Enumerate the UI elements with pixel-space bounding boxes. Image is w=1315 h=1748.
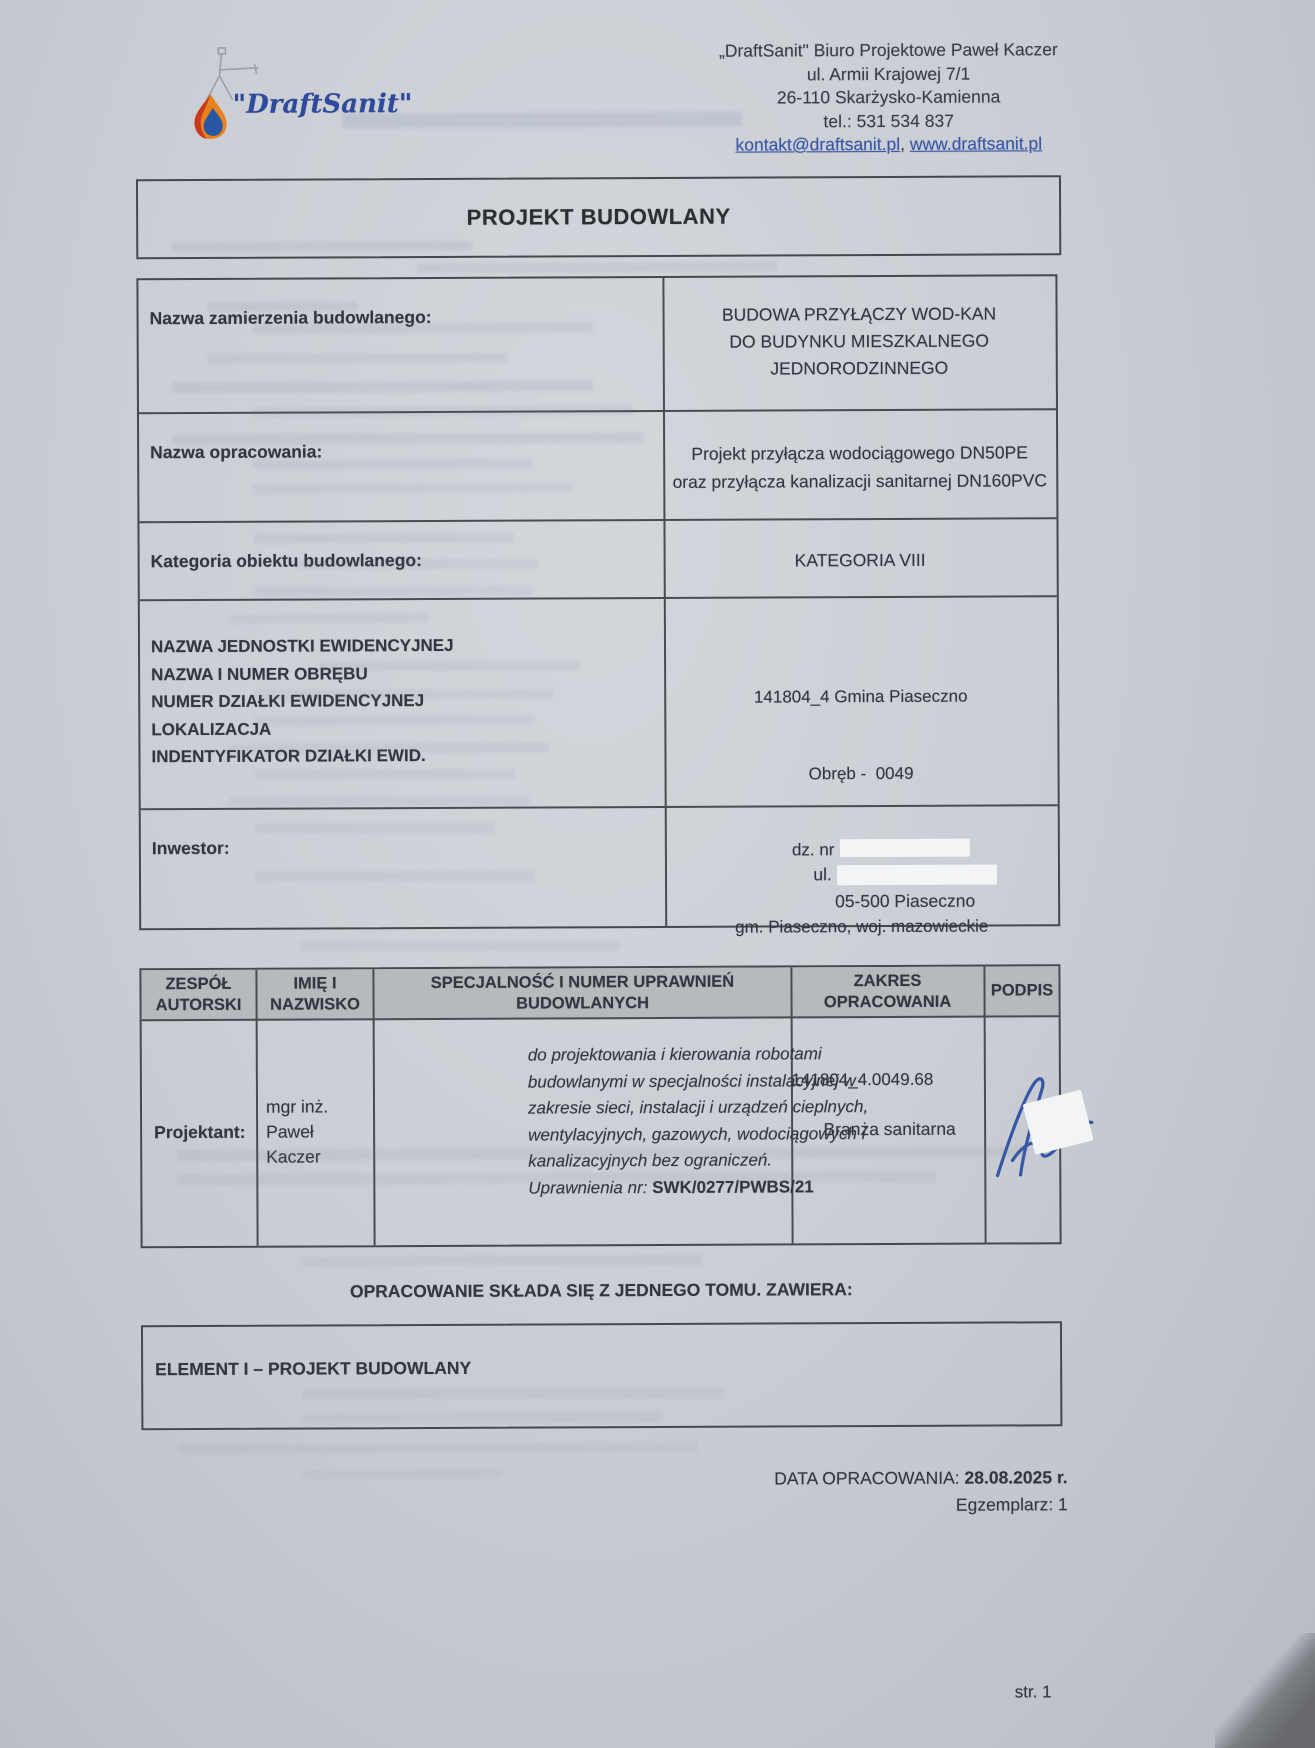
ghost-showthrough	[254, 533, 514, 544]
ghost-showthrough	[173, 380, 593, 393]
footer-date-block: DATA OPRACOWANIA: 28.08.2025 r. Egzempla…	[503, 1464, 1068, 1520]
row-border	[139, 517, 1056, 523]
copies-line: Egzemplarz: 1	[503, 1491, 1068, 1520]
authors-table: ZESPÓŁ AUTORSKI IMIĘ I NAZWISKO SPECJALN…	[139, 964, 1061, 1248]
row2-value-line: Projekt przyłącza wodociągowego DN50PE	[665, 439, 1054, 468]
authors-header-scope: ZAKRES OPRACOWANIA	[792, 967, 982, 1017]
ghost-showthrough	[253, 482, 573, 493]
row4-value-line: Obręb - 0049	[667, 760, 1056, 787]
row1-value: BUDOWA PRZYŁĄCZY WOD-KAN DO BUDYNKU MIES…	[665, 300, 1054, 383]
row4-value-line: gm. Piaseczno, woj. mazowieckie	[667, 913, 1056, 940]
ghost-showthrough	[229, 613, 429, 624]
authors-header-name: IMIĘ I NAZWISKO	[257, 969, 372, 1019]
company-address-line1: ul. Armii Krajowej 7/1	[716, 62, 1060, 87]
ghost-showthrough	[302, 1255, 702, 1267]
ghost-showthrough	[254, 715, 534, 726]
row1-value-line: JEDNORODZINNEGO	[665, 354, 1054, 383]
author-name-cell: mgr inż.Paweł Kaczer	[266, 1018, 372, 1245]
author-degree: mgr inż.	[266, 1096, 328, 1116]
row1-value-line: DO BUDYNKU MIESZKALNEGO	[665, 327, 1054, 356]
authors-header-speciality: SPECJALNOŚĆ I NUMER UPRAWNIEŃ BUDOWLANYC…	[374, 967, 790, 1018]
ghost-showthrough	[253, 459, 533, 470]
row2-value: Projekt przyłącza wodociągowego DN50PE o…	[665, 439, 1054, 496]
ghost-showthrough	[255, 823, 495, 834]
row2-value-line: oraz przyłącza kanalizacji sanitarnej DN…	[665, 467, 1054, 496]
row3-value: KATEGORIA VIII	[666, 549, 1055, 572]
ghost-showthrough	[303, 1469, 503, 1480]
company-name: „DraftSanit" Biuro Projektowe Paweł Kacz…	[716, 38, 1060, 63]
row1-value-line: BUDOWA PRZYŁĄCZY WOD-KAN	[665, 300, 1054, 329]
row5-value: ul. 05-500 Piaseczno	[770, 833, 1040, 915]
ghost-showthrough	[299, 559, 539, 570]
ghost-showthrough	[230, 796, 530, 807]
company-links-line: kontakt@draftsanit.pl, www.draftsanit.pl	[717, 132, 1061, 157]
ghost-showthrough	[177, 1442, 697, 1454]
redaction-box	[840, 839, 970, 858]
links-separator: ,	[900, 134, 910, 154]
ghost-showthrough	[173, 432, 643, 445]
company-email-link[interactable]: kontakt@draftsanit.pl	[735, 134, 900, 155]
photo-corner-shadow	[1215, 1633, 1315, 1748]
ghost-showthrough	[302, 1412, 662, 1424]
redaction-box	[837, 865, 997, 886]
company-phone: tel.: 531 534 837	[717, 109, 1061, 134]
authors-header-signature: PODPIS	[985, 966, 1058, 1015]
ghost-showthrough	[302, 1388, 722, 1400]
ghost-showthrough	[319, 660, 579, 671]
document-title: PROJEKT BUDOWLANY	[467, 204, 731, 231]
row4-label-line: NAZWA JEDNOSTKI EWIDENCYJNEJ	[151, 632, 454, 661]
investor-name-redacted	[770, 833, 1040, 861]
ghost-showthrough	[172, 241, 472, 252]
summary-line: OPRACOWANIE SKŁADA SIĘ Z JEDNEGO TOMU. Z…	[141, 1278, 1062, 1303]
ghost-showthrough	[229, 742, 549, 753]
page-number: str. 1	[904, 1682, 1052, 1703]
author-scope-cell: Branża sanitarna	[793, 1016, 987, 1244]
flame-drop-logo-icon	[191, 92, 231, 140]
row4-value-line: 141804_4 Gmina Piaseczno	[666, 683, 1055, 710]
investor-city-line: 05-500 Piaseczno	[770, 887, 1040, 915]
ghost-showthrough	[253, 322, 593, 333]
company-address-line2: 26-110 Skarżysko-Kamienna	[717, 85, 1061, 110]
ghost-showthrough	[255, 769, 515, 780]
element-title: ELEMENT I – PROJEKT BUDOWLANY	[155, 1358, 471, 1380]
ghost-showthrough	[254, 688, 554, 699]
company-website-link[interactable]: www.draftsanit.pl	[910, 133, 1042, 154]
date-line: DATA OPRACOWANIA: 28.08.2025 r.	[503, 1464, 1068, 1493]
company-info-block: „DraftSanit" Biuro Projektowe Paweł Kacz…	[716, 38, 1061, 157]
ghost-showthrough	[253, 405, 633, 417]
ghost-showthrough	[342, 112, 742, 129]
ghost-showthrough	[254, 586, 534, 597]
ghost-showthrough	[208, 353, 508, 364]
ghost-showthrough	[417, 261, 777, 273]
authors-header-team: ZESPÓŁ AUTORSKI	[141, 970, 255, 1019]
ghost-showthrough	[300, 940, 620, 951]
scanned-document-page: "DraftSanit" „DraftSanit" Biuro Projekto…	[0, 0, 1315, 1748]
date-value: 28.08.2025 r.	[964, 1467, 1067, 1487]
row5-label: Inwestor:	[152, 838, 230, 859]
ghost-showthrough	[207, 301, 357, 312]
ghost-showthrough	[255, 871, 535, 882]
author-role-cell: Projektant:	[154, 1019, 255, 1246]
investor-street-line: ul.	[770, 860, 1040, 888]
